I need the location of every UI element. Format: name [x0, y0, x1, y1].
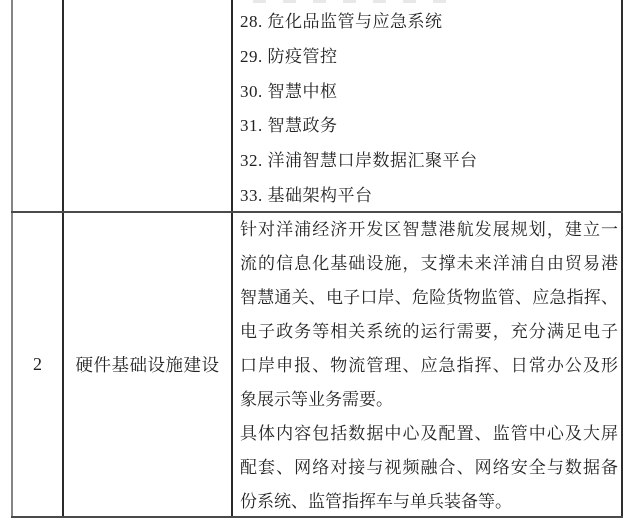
list-item: 32. 洋浦智慧口岸数据汇聚平台: [240, 144, 622, 179]
row-number: 2: [33, 354, 42, 375]
table-cell-systems-list: 28. 危化品监管与应急系统 29. 防疫管控 30. 智慧中枢 31. 智慧政…: [232, 0, 622, 212]
category-label: 硬件基础设施建设: [76, 352, 220, 377]
description-line: 具体内容包括数据中心及配置、监管中心及大屏: [240, 417, 618, 451]
list-item: 33. 基础架构平台: [240, 179, 622, 212]
description-line: 配套、网络对接与视频融合、网络安全与数据备: [240, 451, 618, 485]
description-line: 智慧通关、电子口岸、危险货物监管、应急指挥、: [240, 281, 618, 315]
description-line: 针对洋浦经济开发区智慧港航发展规划，建立一: [240, 213, 618, 247]
description-line: 份系统、监管指挥车与单兵装备等。: [240, 485, 618, 517]
table-cell-category: 硬件基础设施建设: [64, 213, 231, 516]
table-cell-row-number: 2: [13, 213, 62, 516]
list-item: 31. 智慧政务: [240, 109, 622, 144]
description-line: 口岸申报、物流管理、应急指挥、日常办公及形: [240, 349, 618, 383]
description-line: 流的信息化基础设施，支撑未来洋浦自由贸易港: [240, 247, 618, 281]
table-cell-description: 针对洋浦经济开发区智慧港航发展规划，建立一 流的信息化基础设施，支撑未来洋浦自由…: [232, 213, 622, 517]
document-page: 28. 危化品监管与应急系统 29. 防疫管控 30. 智慧中枢 31. 智慧政…: [0, 0, 626, 529]
description-line: 电子政务等相关系统的运行需要，充分满足电子: [240, 315, 618, 349]
list-item: 30. 智慧中枢: [240, 75, 622, 110]
description-line: 象展示等业务需要。: [240, 383, 618, 417]
list-item: 29. 防疫管控: [240, 40, 622, 75]
list-item: 28. 危化品监管与应急系统: [240, 5, 622, 40]
